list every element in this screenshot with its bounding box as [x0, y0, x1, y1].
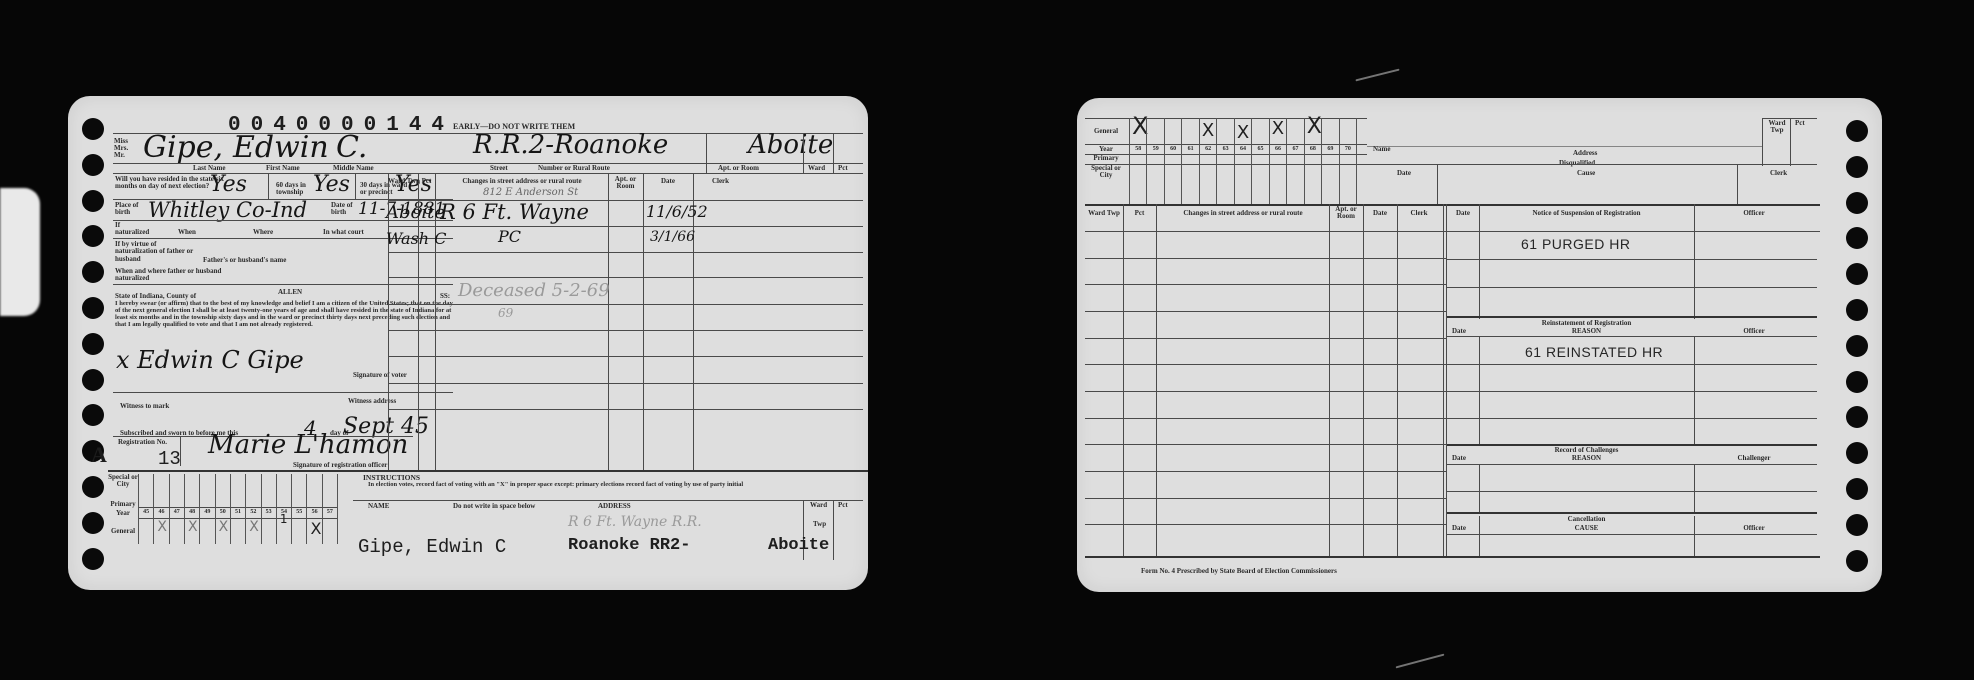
- vote-col: 52X: [245, 474, 260, 544]
- bottom-twp-label: Twp: [813, 521, 826, 528]
- bottom-address-label: ADDRESS: [598, 503, 631, 510]
- vote-col: 51: [230, 474, 245, 544]
- vote-col: 541: [276, 474, 291, 544]
- faint-entry-year: 69: [498, 306, 513, 320]
- bottom-ward-label: Ward: [810, 502, 827, 509]
- back-vote-row-special: Special or City: [1085, 165, 1127, 180]
- change-row-1-ward: Aboite: [386, 202, 445, 223]
- first-name-handwritten: Edwin: [233, 130, 329, 165]
- vote-row-year: Year: [108, 510, 138, 517]
- street-handwritten: R.R.2-Roanoke: [473, 130, 668, 160]
- vote-col: X68: [1304, 118, 1321, 205]
- challenges-challenger-header: Challenger: [1694, 455, 1814, 462]
- birth-place-label: Place of birth: [115, 202, 145, 217]
- cancellation-cause-header: CAUSE: [1479, 525, 1694, 532]
- vote-col: 61: [1181, 118, 1198, 205]
- faint-bottom-address: R 6 Ft. Wayne R.R.: [568, 514, 702, 530]
- voter-signature: x Edwin C Gipe: [116, 346, 304, 374]
- father-husband-name-label: Father's or husband's name: [203, 257, 286, 264]
- vote-col: 45: [138, 474, 153, 544]
- vote-col: 50X: [215, 474, 230, 544]
- back-pct-label: Pct: [1795, 120, 1805, 127]
- vote-col: 53: [261, 474, 276, 544]
- vote-col: 70: [1339, 118, 1357, 205]
- witness-label: Witness to mark: [120, 403, 169, 410]
- challenges-reason-header: REASON: [1479, 455, 1694, 462]
- cancellation-title: Cancellation: [1479, 516, 1694, 523]
- vote-row-general: General: [108, 528, 138, 535]
- back-col-ward-twp: Ward Twp: [1085, 210, 1123, 217]
- township-residency-answer: Yes: [313, 172, 350, 197]
- first-name-label: First Name: [266, 165, 300, 172]
- last-name-handwritten: Gipe,: [143, 130, 223, 165]
- naturalized-when-label: When: [178, 229, 196, 236]
- ward-handwritten: Aboite: [748, 130, 833, 160]
- typed-ward: Aboite: [768, 536, 829, 555]
- challenges-date-header: Date: [1452, 455, 1466, 462]
- reinstated-stamp: 61 REINSTATED HR: [1525, 344, 1663, 360]
- suspension-officer-header: Officer: [1694, 210, 1814, 217]
- change-row-1-address: R 6 Ft. Wayne: [440, 200, 589, 224]
- ward-label: Ward: [808, 165, 825, 172]
- typed-name: Gipe, Edwin C: [358, 536, 506, 558]
- registration-number-label: Registration No.: [118, 439, 167, 446]
- vote-col: 57: [322, 474, 338, 544]
- form-footer: Form No. 4 Prescribed by State Board of …: [1141, 568, 1337, 575]
- punch-holes: [1846, 120, 1868, 572]
- vote-col: 56X: [306, 474, 321, 544]
- front-col-clerk: Clerk: [693, 178, 748, 185]
- birth-date-label: Date of birth: [331, 202, 359, 217]
- back-vote-grid: X58 59 60 61 X62 63 X64 65 X66 67 X68 69…: [1129, 118, 1357, 205]
- bottom-pct-label: Pct: [838, 502, 848, 509]
- vote-row-primary: Primary: [108, 501, 138, 508]
- vote-col: 46X: [153, 474, 168, 544]
- vote-col: X58: [1129, 118, 1146, 205]
- officer-signature-label: Signature of registration officer: [293, 462, 387, 469]
- voter-signature-label: Signature of voter: [353, 372, 407, 379]
- front-col-apt: Apt. or Room: [608, 176, 643, 191]
- father-naturalized-label: When and where father or husband natural…: [115, 268, 225, 283]
- faint-address-note: 812 E Anderson St: [483, 187, 578, 198]
- front-vote-grid: 45 46X 47 48X 49 50X 51 52X 53 541 55 56…: [138, 474, 338, 544]
- back-col-clerk: Clerk: [1397, 210, 1441, 217]
- vote-col: 69: [1321, 118, 1338, 205]
- faint-deceased-entry: Deceased 5-2-69: [458, 280, 610, 301]
- vote-row-special-city: Special or City: [108, 474, 138, 489]
- birth-place-value: Whitley Co-Ind: [148, 198, 307, 222]
- vote-col: 59: [1146, 118, 1163, 205]
- punch-holes: [82, 118, 104, 570]
- change-row-2-address: PC: [498, 227, 521, 246]
- light-leak-artifact: [0, 188, 40, 316]
- naturalized-where-label: Where: [253, 229, 273, 236]
- back-clerk-label: Clerk: [1770, 170, 1787, 177]
- front-col-changes: Changes in street address or rural route: [436, 178, 608, 185]
- registration-number: 13: [158, 448, 181, 470]
- vote-col: X64: [1234, 118, 1251, 205]
- vote-col: 49: [199, 474, 214, 544]
- bottom-name-label: NAME: [368, 503, 389, 510]
- back-col-apt: Apt. or Room: [1329, 206, 1363, 221]
- front-col-ward-twp: Ward Twp: [388, 178, 418, 185]
- state-residency-question: Will you have resided in the state six m…: [115, 176, 225, 191]
- back-name-label: Name: [1373, 146, 1391, 153]
- oath-text: I hereby swear (or affirm) that to the b…: [115, 301, 455, 329]
- front-col-pct: Pct: [418, 178, 435, 185]
- back-cause-label: Cause: [1577, 170, 1595, 177]
- pct-label: Pct: [838, 165, 848, 172]
- do-not-write-label: Do not write in space below: [453, 503, 535, 510]
- back-address-label: Address: [1573, 150, 1597, 157]
- typed-address: Roanoke RR2-: [568, 536, 690, 555]
- reinstatement-reason-header: REASON: [1479, 328, 1694, 335]
- title-mr: Mr.: [114, 152, 125, 159]
- vote-col: X62: [1199, 118, 1216, 205]
- back-vote-row-year: Year: [1085, 146, 1127, 153]
- change-row-1-date: 11/6/52: [646, 202, 708, 221]
- front-col-date: Date: [643, 178, 693, 185]
- vote-col: 55: [291, 474, 306, 544]
- film-scratch: [1396, 654, 1445, 669]
- vote-col: 48X: [184, 474, 199, 544]
- vote-col: 63: [1216, 118, 1233, 205]
- vote-col: 47: [169, 474, 184, 544]
- vote-col: X66: [1269, 118, 1286, 205]
- vote-col: 65: [1251, 118, 1268, 205]
- voter-registration-card-back: General Year Primary Special or City X58…: [1077, 98, 1882, 592]
- side-letter: A: [91, 442, 107, 468]
- rural-route-label: Number or Rural Route: [538, 165, 610, 172]
- suspension-notice-header: Notice of Suspension of Registration: [1479, 210, 1694, 217]
- cancellation-officer-header: Officer: [1694, 525, 1814, 532]
- naturalized-court-label: In what court: [323, 229, 364, 236]
- middle-initial-handwritten: C.: [336, 130, 367, 165]
- back-ward-twp-label: Ward Twp: [1765, 120, 1789, 135]
- change-row-2-ward: Wash C: [386, 229, 446, 248]
- cancellation-date-header: Date: [1452, 525, 1466, 532]
- reinstatement-date-header: Date: [1452, 328, 1466, 335]
- vote-col: 67: [1286, 118, 1303, 205]
- state-residency-answer: Yes: [210, 172, 247, 197]
- reinstatement-officer-header: Officer: [1694, 328, 1814, 335]
- suspension-date-header: Date: [1447, 210, 1479, 217]
- back-vote-row-primary: Primary: [1085, 155, 1127, 162]
- naturalization-virtue-label: If by virtue of naturalization of father…: [115, 241, 195, 263]
- back-vote-row-general: General: [1085, 128, 1127, 135]
- back-col-changes: Changes in street address or rural route: [1157, 210, 1329, 217]
- street-label: Street: [490, 165, 508, 172]
- film-scratch: [1355, 69, 1399, 82]
- officer-signature: Marie L'hamon: [208, 430, 408, 460]
- back-col-pct: Pct: [1123, 210, 1156, 217]
- voter-registration-card-front: 0040000144 EARLY—DO NOT WRITE THEM Miss …: [68, 96, 868, 590]
- apt-label: Apt. or Room: [718, 165, 759, 172]
- oath-county: ALLEN: [278, 289, 302, 296]
- if-naturalized-label: If naturalized: [115, 222, 155, 237]
- purged-stamp: 61 PURGED HR: [1521, 236, 1630, 252]
- vote-col: 60: [1164, 118, 1181, 205]
- change-row-2-date: 3/1/66: [650, 229, 695, 245]
- back-date-label: Date: [1397, 170, 1411, 177]
- back-col-date: Date: [1363, 210, 1397, 217]
- instructions-text: In election votes, record fact of voting…: [368, 482, 808, 489]
